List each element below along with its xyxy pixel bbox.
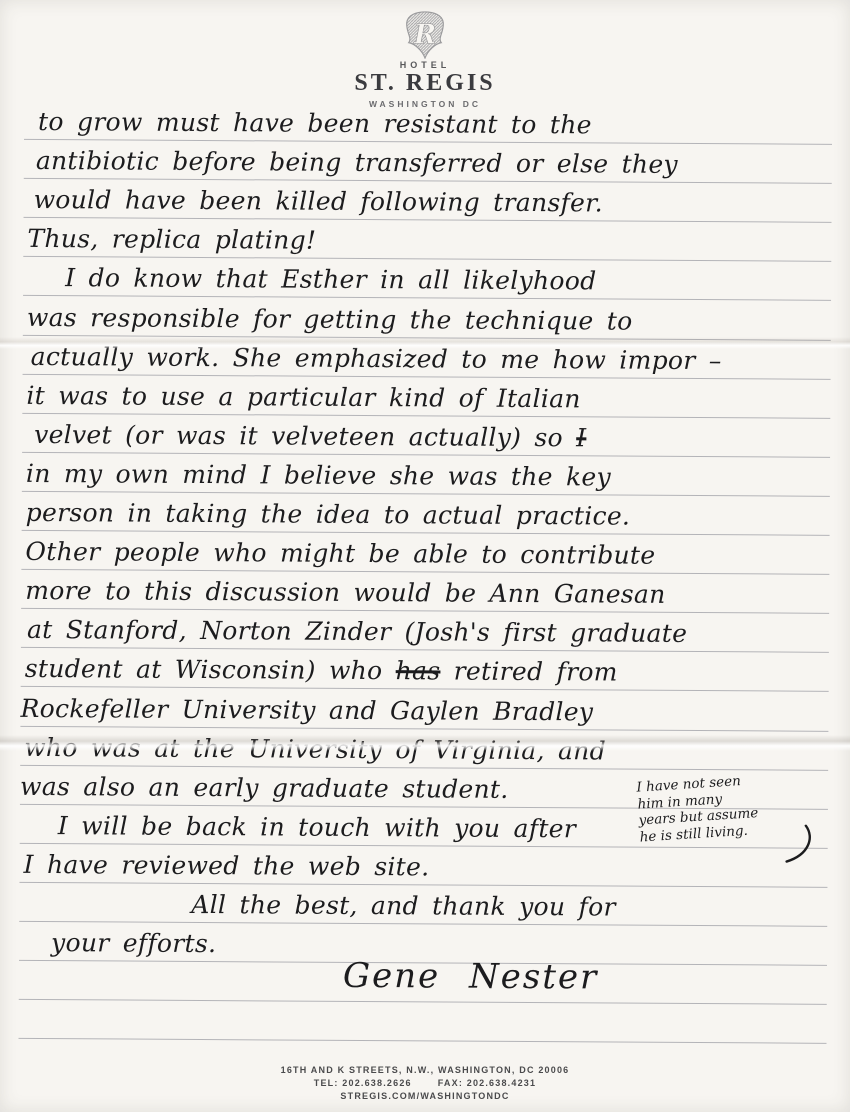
handwritten-line: velvet (or was it velveteen actually) so… (34, 417, 586, 456)
scanned-letter-page: R HOTEL ST. REGIS WASHINGTON DC to grow … (0, 0, 850, 1112)
handwritten-line: actually work. She emphasized to me how … (31, 339, 722, 379)
handwritten-line: was also an early graduate student. (20, 769, 509, 808)
handwritten-line: Rockefeller University and Gaylen Bradle… (20, 690, 593, 729)
handwritten-line: more to this discussion would be Ann Gan… (25, 573, 666, 613)
struck-out-word: I (576, 423, 586, 452)
handwritten-line: I will be back in touch with you after (58, 808, 576, 847)
struck-out-word: has (396, 657, 441, 686)
footer-address: 16TH AND K STREETS, N.W., WASHINGTON, DC… (0, 1064, 850, 1077)
margin-note-connector-stroke-icon (782, 825, 816, 872)
handwritten-line: at Stanford, Norton Zinder (Josh's first… (27, 612, 687, 652)
handwritten-line: I do know that Esther in all likelyhood (65, 261, 597, 300)
handwritten-line: All the best, and thank you for (191, 887, 616, 926)
handwritten-line: to grow must have been resistant to the (38, 104, 592, 143)
handwritten-line: Thus, replica plating! (27, 221, 316, 259)
handwritten-line: Other people who might be able to contri… (25, 534, 655, 574)
handwritten-line: in my own mind I believe she was the key (26, 456, 611, 496)
ruled-lines (1, 0, 850, 5)
footer-contact: TEL: 202.638.2626FAX: 202.638.4231 (0, 1077, 850, 1090)
ruled-line (19, 1038, 827, 1044)
handwritten-line: your efforts. (51, 925, 216, 962)
footer-website: STREGIS.COM/WASHINGTONDC (0, 1090, 850, 1103)
handwritten-line: who was at the University of Virginia, a… (24, 730, 606, 770)
handwritten-line: was responsible for getting the techniqu… (27, 299, 633, 339)
handwritten-line: antibiotic before being transferred or e… (36, 143, 678, 183)
handwritten-line: would have been killed following transfe… (34, 182, 604, 221)
handwritten-body: to grow must have been resistant to thea… (1, 0, 850, 5)
letterhead-footer: 16TH AND K STREETS, N.W., WASHINGTON, DC… (0, 1064, 850, 1103)
signature: Gene Nester (343, 956, 599, 998)
handwritten-line: person in taking the idea to actual prac… (26, 495, 631, 535)
footer-fax: FAX: 202.638.4231 (438, 1078, 536, 1088)
ruled-line (19, 999, 827, 1005)
footer-tel: TEL: 202.638.2626 (314, 1078, 412, 1088)
handwritten-line: I have reviewed the web site. (23, 847, 429, 885)
handwritten-line: it was to use a particular kind of Itali… (26, 378, 581, 417)
handwritten-line: student at Wisconsin) who has retired fr… (25, 651, 618, 691)
writing-area: to grow must have been resistant to thea… (0, 0, 850, 1112)
